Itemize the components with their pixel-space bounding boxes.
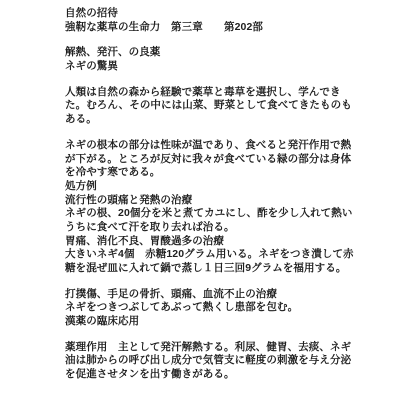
- text-line: うちに食べて汗を取り去れば治る。: [65, 221, 370, 235]
- text-line: 漢薬の臨床応用: [65, 315, 370, 329]
- text-line: を促進させタンを出す働きがある。: [65, 368, 370, 382]
- text-line: 胃痛、消化不良、胃酸過多の治療: [65, 235, 370, 249]
- text-line: ネギの根本の部分は性味が温であり、食べると発汗作用で熱: [65, 139, 370, 153]
- text-line: 人類は自然の森から経験で薬草と毒草を選択し、学んでき: [65, 86, 370, 100]
- text-line: 大きいネギ4個 赤糖120グラム用いる。ネギをつき潰して赤: [65, 248, 370, 262]
- text-line: 薬理作用 主として発汗解熱する。利尿、健胃、去痰、ネギ: [65, 341, 370, 355]
- text-line: ネギをつきつぶしてあぶって熱くし患部を包む。: [65, 301, 370, 315]
- text-line: を冷やす寒である。: [65, 166, 370, 180]
- text-line: 自然の招待: [65, 7, 370, 21]
- text-line: 強靭な薬草の生命力 第三章 第202部: [65, 21, 370, 35]
- blank-line: [65, 329, 370, 341]
- text-line: ネギの驚異: [65, 60, 370, 74]
- blank-line: [65, 34, 370, 46]
- blank-line: [65, 276, 370, 288]
- text-line: 流行性の頭痛と発熱の治療: [65, 194, 370, 208]
- text-line: 糖を混ぜ皿に入れて鍋で蒸し１日三回9グラムを福用する。: [65, 262, 370, 276]
- document-page: 自然の招待強靭な薬草の生命力 第三章 第202部解熱、発汗、の良薬ネギの驚異人類…: [0, 0, 400, 400]
- text-line: ある。: [65, 113, 370, 127]
- blank-line: [65, 74, 370, 86]
- text-line: た。むろん、その中には山菜、野菜として食べてきたものも: [65, 99, 370, 113]
- text-line: 解熱、発汗、の良薬: [65, 46, 370, 60]
- text-line: 処方例: [65, 180, 370, 194]
- text-line: 打撲傷、手足の骨折、頭痛、血流不止の治療: [65, 288, 370, 302]
- text-line: ネギの根、20個分を米と煮てカユにし、酢を少し入れて熱い: [65, 207, 370, 221]
- text-line: が下がる。ところが反対に我々が食べている緑の部分は身体: [65, 153, 370, 167]
- blank-line: [65, 127, 370, 139]
- document-body: 自然の招待強靭な薬草の生命力 第三章 第202部解熱、発汗、の良薬ネギの驚異人類…: [0, 0, 400, 382]
- text-line: 油は肺からの呼び出し成分で気管支に軽度の刺激を与え分泌: [65, 354, 370, 368]
